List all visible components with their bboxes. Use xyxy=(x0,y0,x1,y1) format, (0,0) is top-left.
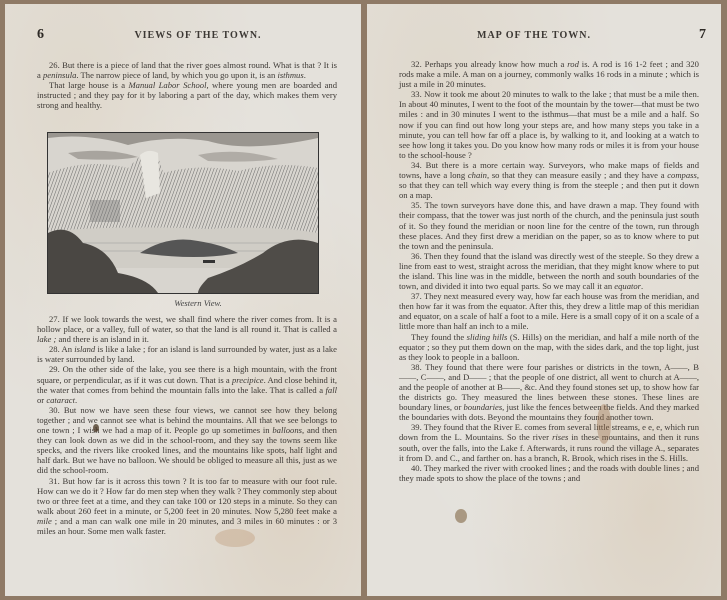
paragraph: 30. But now we have seen these four view… xyxy=(37,405,337,476)
paragraph: 35. The town surveyors have done this, a… xyxy=(399,200,699,250)
right-text: 32. Perhaps you already know how much a … xyxy=(399,59,699,483)
running-head: MAP OF THE TOWN. xyxy=(367,30,701,41)
western-view-engraving xyxy=(47,132,319,294)
paragraph: 31. But how far is it across this town ?… xyxy=(37,476,337,537)
running-head: VIEWS OF THE TOWN. xyxy=(35,30,361,41)
landscape-illustration-icon xyxy=(48,133,318,293)
paragraph: 33. Now it took me about 20 minutes to w… xyxy=(399,89,699,160)
paragraph: 27. If we look towards the west, we shal… xyxy=(37,314,337,344)
left-page-header: 6 VIEWS OF THE TOWN. xyxy=(5,30,361,46)
paragraph: 32. Perhaps you already know how much a … xyxy=(399,59,699,89)
illustration-caption: Western View. xyxy=(35,298,361,308)
paragraph: 36. Then they found that the island was … xyxy=(399,251,699,291)
paragraph: 39. They found that the River E. comes f… xyxy=(399,422,699,462)
paragraph: 37. They next measured every way, how fa… xyxy=(399,291,699,331)
right-page: MAP OF THE TOWN. 7 32. Perhaps you alrea… xyxy=(367,4,721,596)
paragraph: They found the sliding hills (S. Hills) … xyxy=(399,332,699,362)
ink-stain xyxy=(93,424,99,432)
left-page: 6 VIEWS OF THE TOWN. 26. But there is a … xyxy=(5,4,361,596)
paragraph: 40. They marked the river with crooked l… xyxy=(399,463,699,483)
left-text-bottom: 27. If we look towards the west, we shal… xyxy=(37,314,337,536)
paragraph: 38. They found that there were four pari… xyxy=(399,362,699,423)
right-page-header: MAP OF THE TOWN. 7 xyxy=(367,30,721,46)
paragraph: 29. On the other side of the lake, you s… xyxy=(37,364,337,404)
foxing-stain xyxy=(455,509,467,523)
paragraph: 28. An island is like a lake ; for an is… xyxy=(37,344,337,364)
left-text-top: 26. But there is a piece of land that th… xyxy=(37,60,337,110)
foxing-stain xyxy=(215,529,255,547)
paragraph: 34. But there is a more certain way. Sur… xyxy=(399,160,699,200)
page-number: 7 xyxy=(699,27,707,43)
paragraph: 26. But there is a piece of land that th… xyxy=(37,60,337,80)
foxing-stain xyxy=(597,404,611,444)
paragraph: That large house is a Manual Labor Schoo… xyxy=(37,80,337,110)
